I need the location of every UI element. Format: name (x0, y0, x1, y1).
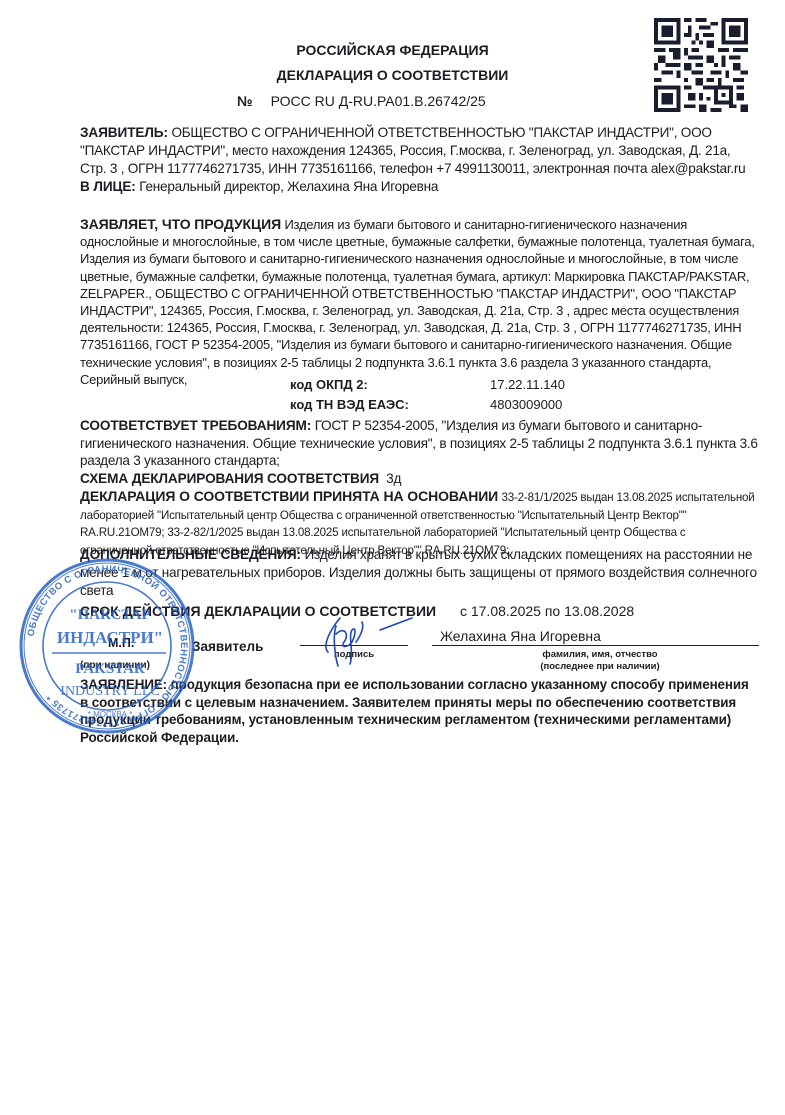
number-symbol: № (237, 93, 253, 109)
basis-label: ДЕКЛАРАЦИЯ О СООТВЕТСТВИИ ПРИНЯТА НА ОСН… (80, 488, 498, 504)
country-heading: РОССИЙСКАЯ ФЕДЕРАЦИЯ (0, 42, 785, 58)
signer-name: Желахина Яна Игоревна (440, 628, 601, 644)
seal-line-3: PAKSTAR (75, 661, 145, 677)
declaration-number: РОСС RU Д-RU.PA01.B.26742/25 (271, 93, 486, 109)
tnved-row: код ТН ВЭД ЕАЭС:4803009000 (290, 397, 562, 412)
scheme-label: СХЕМА ДЕКЛАРИРОВАНИЯ СООТВЕТСТВИЯ (80, 471, 379, 486)
company-seal: ОБЩЕСТВО С ОГРАНИЧЕННОЙ ОТВЕТСТВЕННОСТЬЮ… (18, 557, 196, 735)
validity-value: с 17.08.2025 по 13.08.2028 (460, 603, 634, 619)
handwritten-signature (300, 612, 440, 667)
name-line (432, 645, 759, 646)
applicant-section: ЗАЯВИТЕЛЬ: ОБЩЕСТВО С ОГРАНИЧЕННОЙ ОТВЕТ… (80, 124, 760, 196)
okpd-value: 17.22.11.140 (490, 377, 565, 392)
document-title: ДЕКЛАРАЦИЯ О СООТВЕТСТВИИ (0, 67, 785, 83)
represented-by-label: В ЛИЦЕ: (80, 179, 136, 194)
tnved-label: код ТН ВЭД ЕАЭС: (290, 397, 490, 412)
name-caption-1: фамилия, имя, отчество (500, 649, 700, 660)
conforms-label: СООТВЕТСТВУЕТ ТРЕБОВАНИЯМ: (80, 418, 311, 433)
seal-line-4: INDUSTRY LLC (60, 684, 159, 699)
product-text: Изделия из бумаги бытового и санитарно-г… (80, 217, 755, 387)
qr-code (654, 18, 748, 112)
applicant-sign-label: Заявитель (192, 639, 263, 654)
seal-line-2: ИНДАСТРИ" (57, 628, 163, 647)
product-label: ЗАЯВЛЯЕТ, ЧТО ПРОДУКЦИЯ (80, 216, 281, 232)
scheme-value: 3д (386, 471, 401, 486)
name-caption-2: (последнее при наличии) (500, 661, 700, 672)
represented-by-text: Генеральный директор, Желахина Яна Игоре… (139, 179, 438, 194)
conforms-section: СООТВЕТСТВУЕТ ТРЕБОВАНИЯМ: ГОСТ Р 52354-… (80, 417, 760, 487)
declaration-number-row: №РОСС RU Д-RU.PA01.B.26742/25 (237, 93, 486, 109)
tnved-value: 4803009000 (490, 397, 562, 412)
seal-line-1: "ПАКСТАР (69, 607, 150, 623)
product-section: ЗАЯВЛЯЕТ, ЧТО ПРОДУКЦИЯ Изделия из бумаг… (80, 216, 760, 388)
applicant-text: ОБЩЕСТВО С ОГРАНИЧЕННОЙ ОТВЕТСТВЕННОСТЬЮ… (80, 125, 746, 176)
applicant-label: ЗАЯВИТЕЛЬ: (80, 125, 168, 140)
okpd-row: код ОКПД 2:17.22.11.140 (290, 377, 565, 392)
okpd-label: код ОКПД 2: (290, 377, 490, 392)
seal-city: * МОСКВА * (88, 710, 132, 719)
